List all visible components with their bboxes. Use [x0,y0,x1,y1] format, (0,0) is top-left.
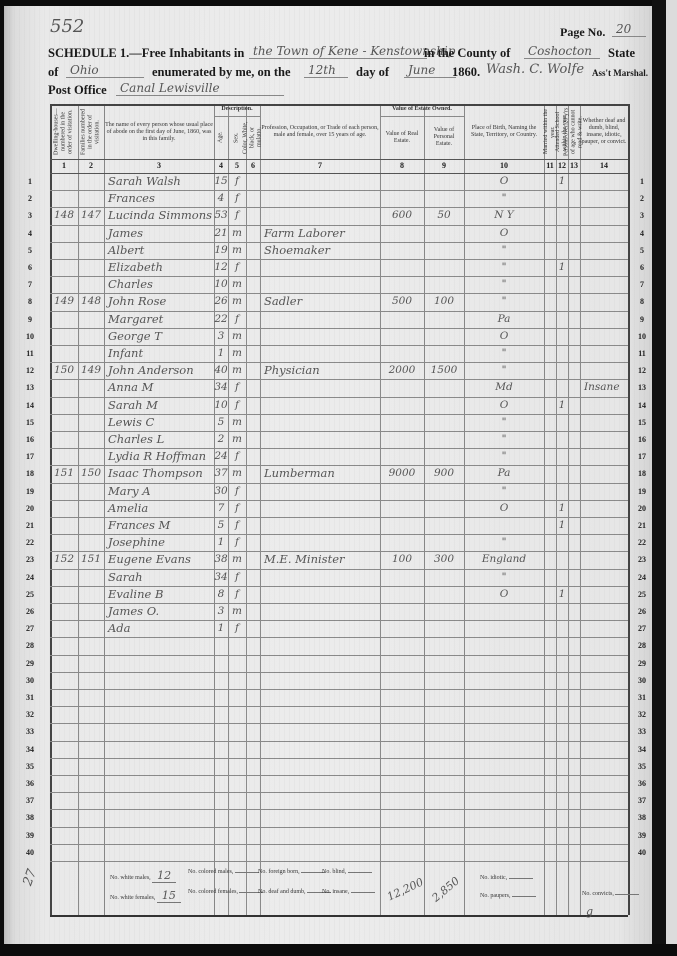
row-number-left: 7 [20,280,40,289]
row-2-name: Frances [108,192,214,205]
row-4-name: James [108,227,214,240]
row-number-left: 18 [20,469,40,478]
enumerated-label: enumerated by me, on the [152,65,291,80]
row-14-school: 1 [556,399,568,412]
row-25-age: 8 [214,588,228,601]
row-rule [50,706,628,707]
row-rule [50,655,628,656]
row-10-age: 3 [214,330,228,343]
row-6-age: 12 [214,261,228,274]
row-number-right: 25 [632,590,652,599]
row-14-age: 10 [214,399,228,412]
row-number-right: 10 [632,332,652,341]
personal-estate-total: 2,850 [430,874,462,904]
convicts-count: No. convicts, [582,891,639,897]
row-18-birth: Pa [464,467,544,480]
row-8-age: 26 [214,295,228,308]
county-label: in the County of [424,46,510,61]
paupers-count-label: No. paupers, [480,893,511,899]
row-4-sex: m [228,227,246,240]
column-rule [580,104,581,915]
row-9-name: Margaret [108,313,214,326]
row-number-right: 32 [632,710,652,719]
estate-group-header: Value of Estate Owned. [380,106,464,113]
row-11-name: Infant [108,347,214,360]
colored-females-count: No. colored females, [188,889,263,895]
schedule-label: SCHEDULE 1.—Free Inhabitants in [48,46,244,61]
of-label: of [48,65,58,80]
row-17-sex: f [228,450,246,463]
row-rule [50,689,628,690]
page-no-label: Page No. [560,25,605,40]
row-number-left: 30 [20,676,40,685]
column-rule [568,104,569,915]
row-19-sex: f [228,485,246,498]
row-13-sex: f [228,381,246,394]
row-number-right: 27 [632,624,652,633]
row-number-left: 8 [20,297,40,306]
foreign-born-count: No. foreign born, [258,869,325,875]
description-group-rule [214,116,260,117]
column-rule [78,104,79,915]
row-number-right: 8 [632,297,652,306]
row-number-right: 2 [632,194,652,203]
row-number-right: 3 [632,211,652,220]
row-3-birth: N Y [464,209,544,222]
row-13-birth: Md [464,381,544,394]
row-number-left: 39 [20,831,40,840]
row-22-sex: f [228,536,246,549]
row-23-birth: England [464,553,544,566]
row-number-right: 11 [632,349,652,358]
row-23-personal: 300 [424,553,464,566]
row-26-age: 3 [214,605,228,618]
row-number-left: 5 [20,246,40,255]
row-number-right: 30 [632,676,652,685]
table-bottom-rule [50,915,628,917]
row-18-personal: 900 [424,467,464,480]
day-of-label: day of [356,65,389,80]
row-number-right: 39 [632,831,652,840]
row-5-sex: m [228,244,246,257]
row-number-right: 13 [632,383,652,392]
row-3-age: 53 [214,209,228,222]
row-14-birth: O [464,399,544,412]
post-office-label: Post Office [48,83,107,98]
row-25-school: 1 [556,588,568,601]
row-number-left: 29 [20,659,40,668]
column-number-13: 13 [564,161,584,170]
row-number-left: 16 [20,435,40,444]
row-10-sex: m [228,330,246,343]
row-number-left: 23 [20,555,40,564]
idiotic-count-label: No. idiotic, [480,875,507,881]
row-number-left: 21 [20,521,40,530]
row-13-condition: Insane [584,381,628,394]
row-number-left: 22 [20,538,40,547]
row-number-left: 17 [20,452,40,461]
column-number-1: 1 [54,161,74,170]
row-24-birth: " [464,571,544,584]
row-22-birth: " [464,536,544,549]
post-office-field: Canal Lewisville [116,81,284,96]
row-12-personal: 1500 [424,364,464,377]
row-13-name: Anna M [108,381,214,394]
row-number-right: 5 [632,246,652,255]
deaf-dumb-count-label: No. deaf and dumb, [258,889,306,895]
row-27-name: Ada [108,622,214,635]
row-25-name: Evaline B [108,588,214,601]
row-18-name: Isaac Thompson [108,467,214,480]
row-5-name: Albert [108,244,214,257]
white-males-count-label: No. white males, [110,875,151,881]
row-12-occupation: Physician [264,364,380,377]
row-20-age: 7 [214,502,228,515]
scan-right-margin [666,0,677,956]
row-10-birth: O [464,330,544,343]
row-1-school: 1 [556,175,568,188]
row-number-left: 2 [20,194,40,203]
row-rule [50,620,628,621]
column-rule [424,104,425,915]
row-number-right: 17 [632,452,652,461]
margin-note: 27 [21,868,39,888]
column-header-13: Persons over 20 y'rs of age who cannot r… [569,107,579,157]
row-18-occupation: Lumberman [264,467,380,480]
row-rule [50,672,628,673]
row-number-left: 11 [20,349,40,358]
row-4-occupation: Farm Laborer [264,227,380,240]
row-15-birth: " [464,416,544,429]
row-number-right: 33 [632,727,652,736]
row-24-sex: f [228,571,246,584]
idiotic-count: No. idiotic, [480,875,533,881]
row-rule [50,861,628,862]
row-3-family: 147 [78,209,104,222]
page-no-field: 20 [612,22,646,37]
row-23-occupation: M.E. Minister [264,553,380,566]
row-17-birth: " [464,450,544,463]
column-header-2: Families numbered in the order of visita… [79,107,103,157]
row-11-birth: " [464,347,544,360]
column-rule [104,104,105,915]
row-number-right: 12 [632,366,652,375]
row-12-age: 40 [214,364,228,377]
row-18-family: 150 [78,467,104,480]
row-19-age: 30 [214,485,228,498]
township-field: the Town of Kene - Kenstownship [249,44,427,59]
row-number-left: 33 [20,727,40,736]
row-2-sex: f [228,192,246,205]
column-rule [544,104,545,915]
deaf-dumb-count: No. deaf and dumb, [258,889,331,895]
row-5-age: 19 [214,244,228,257]
row-number-right: 7 [632,280,652,289]
row-18-age: 37 [214,467,228,480]
row-16-name: Charles L [108,433,214,446]
row-3-dwelling: 148 [50,209,78,222]
row-number-left: 10 [20,332,40,341]
row-number-right: 35 [632,762,652,771]
row-18-dwelling: 151 [50,467,78,480]
blind-count: No. blind, [322,869,372,875]
row-14-sex: f [228,399,246,412]
column-header-8: Value of Real Estate. [381,118,423,157]
row-20-name: Amelia [108,502,214,515]
row-19-birth: " [464,485,544,498]
white-males-count: No. white males, 12 [110,869,176,883]
column-number-9: 9 [434,161,454,170]
convicts-count-label: No. convicts, [582,891,614,897]
table-top-rule [50,104,628,106]
row-17-age: 24 [214,450,228,463]
row-3-personal: 50 [424,209,464,222]
row-rule [50,758,628,759]
row-6-birth: " [464,261,544,274]
row-26-sex: m [228,605,246,618]
row-number-right: 18 [632,469,652,478]
row-9-age: 22 [214,313,228,326]
row-16-birth: " [464,433,544,446]
column-number-14: 14 [594,161,614,170]
column-number-7: 7 [310,161,330,170]
row-27-sex: f [228,622,246,635]
row-number-right: 9 [632,315,652,324]
row-number-right: 40 [632,848,652,857]
row-6-school: 1 [556,261,568,274]
column-rule [380,104,381,915]
row-number-left: 19 [20,487,40,496]
scan-binding-edge [652,0,666,956]
row-number-left: 9 [20,315,40,324]
row-23-age: 38 [214,553,228,566]
census-page: 552 SCHEDULE 1.—Free Inhabitants in the … [4,6,652,950]
white-females-count-value: 15 [157,889,181,903]
row-7-birth: " [464,278,544,291]
row-12-family: 149 [78,364,104,377]
row-11-age: 1 [214,347,228,360]
row-22-name: Josephine [108,536,214,549]
row-23-real: 100 [380,553,424,566]
column-header-6: Color, White, black, or mulatto. [247,118,259,157]
row-12-birth: " [464,364,544,377]
row-12-name: John Anderson [108,364,214,377]
row-13-age: 34 [214,381,228,394]
row-23-name: Eugene Evans [108,553,214,566]
column-rule [50,104,52,915]
row-number-right: 14 [632,401,652,410]
row-number-left: 20 [20,504,40,513]
row-11-sex: m [228,347,246,360]
row-27-age: 1 [214,622,228,635]
row-15-sex: m [228,416,246,429]
row-number-left: 27 [20,624,40,633]
row-number-left: 1 [20,177,40,186]
row-rule [50,723,628,724]
row-rule [50,637,628,638]
colored-males-count: No. colored males, [188,869,259,875]
row-8-birth: " [464,295,544,308]
row-9-sex: f [228,313,246,326]
row-number-right: 26 [632,607,652,616]
column-header-4: Age. [215,118,227,157]
row-16-age: 2 [214,433,228,446]
colored-females-count-label: No. colored females, [188,889,238,895]
column-header-7: Profession, Occupation, or Trade of each… [261,107,379,157]
foreign-born-count-label: No. foreign born, [258,869,300,875]
row-number-right: 31 [632,693,652,702]
white-males-count-value: 12 [152,869,176,883]
row-number-left: 4 [20,229,40,238]
estate-group-rule [380,116,464,117]
row-8-family: 148 [78,295,104,308]
row-3-real: 600 [380,209,424,222]
row-21-age: 5 [214,519,228,532]
row-number-right: 28 [632,641,652,650]
row-rule [50,792,628,793]
row-number-left: 31 [20,693,40,702]
column-header-11: Married within the year. [545,107,555,157]
row-9-birth: Pa [464,313,544,326]
row-8-real: 500 [380,295,424,308]
row-number-right: 16 [632,435,652,444]
row-number-right: 6 [632,263,652,272]
column-number-3: 3 [149,161,169,170]
month-field: June [404,63,456,78]
row-6-sex: f [228,261,246,274]
row-1-age: 15 [214,175,228,188]
row-number-right: 38 [632,813,652,822]
row-number-left: 35 [20,762,40,771]
row-3-sex: f [228,209,246,222]
row-25-birth: O [464,588,544,601]
convicts-mark: g [586,905,593,918]
row-2-birth: " [464,192,544,205]
row-7-name: Charles [108,278,214,291]
row-21-school: 1 [556,519,568,532]
row-26-name: James O. [108,605,214,618]
row-22-age: 1 [214,536,228,549]
row-number-left: 3 [20,211,40,220]
row-number-right: 21 [632,521,652,530]
row-14-name: Sarah M [108,399,214,412]
scan-bottom-border [0,944,677,956]
row-number-right: 22 [632,538,652,547]
white-females-count: No. white females, 15 [110,889,181,903]
row-rule [50,809,628,810]
row-1-birth: O [464,175,544,188]
page-reference-number: 552 [50,16,84,37]
row-4-birth: O [464,227,544,240]
row-number-left: 40 [20,848,40,857]
row-7-sex: m [228,278,246,291]
row-number-right: 34 [632,745,652,754]
row-number-right: 37 [632,796,652,805]
row-1-name: Sarah Walsh [108,175,214,188]
row-8-dwelling: 149 [50,295,78,308]
row-number-left: 26 [20,607,40,616]
column-rule [260,104,261,915]
row-7-age: 10 [214,278,228,291]
marshal-signature: Wash. C. Wolfe [486,62,584,77]
county-field: Coshocton [524,44,600,59]
row-21-sex: f [228,519,246,532]
row-number-right: 23 [632,555,652,564]
row-number-right: 20 [632,504,652,513]
row-12-real: 2000 [380,364,424,377]
row-number-right: 1 [632,177,652,186]
column-header-1: Dwelling-houses—numbered in the order of… [51,107,77,157]
insane-count: No. insane, [322,889,375,895]
row-24-name: Sarah [108,571,214,584]
column-rule [628,104,630,915]
row-number-right: 36 [632,779,652,788]
row-number-right: 15 [632,418,652,427]
paupers-count: No. paupers, [480,893,536,899]
row-number-left: 34 [20,745,40,754]
row-number-left: 6 [20,263,40,272]
row-rule [50,844,628,845]
row-number-left: 14 [20,401,40,410]
row-1-sex: f [228,175,246,188]
row-number-left: 12 [20,366,40,375]
white-females-count-label: No. white females, [110,895,155,901]
row-number-left: 24 [20,573,40,582]
row-18-real: 9000 [380,467,424,480]
row-10-name: George T [108,330,214,343]
row-21-name: Frances M [108,519,214,532]
year-label: 1860. [452,65,480,80]
row-8-sex: m [228,295,246,308]
census-table: Description.Value of Estate Owned.Dwelli… [50,104,646,884]
row-number-right: 29 [632,659,652,668]
column-header-3: The name of every person whose usual pla… [105,107,213,157]
row-number-left: 28 [20,641,40,650]
row-8-occupation: Sadler [264,295,380,308]
row-3-name: Lucinda Simmons [108,209,214,222]
real-estate-total: 12,200 [385,875,425,903]
row-25-sex: f [228,588,246,601]
description-group-header: Description. [214,106,260,113]
row-5-occupation: Shoemaker [264,244,380,257]
row-number-right: 4 [632,229,652,238]
row-19-name: Mary A [108,485,214,498]
column-rule [246,104,247,915]
row-8-personal: 100 [424,295,464,308]
row-23-sex: m [228,553,246,566]
row-rule [50,741,628,742]
row-23-dwelling: 152 [50,553,78,566]
column-number-8: 8 [392,161,412,170]
state-label: State [608,46,635,61]
row-24-age: 34 [214,571,228,584]
row-12-sex: m [228,364,246,377]
row-rule [50,775,628,776]
row-15-name: Lewis C [108,416,214,429]
row-8-name: John Rose [108,295,214,308]
row-4-age: 21 [214,227,228,240]
blind-count-label: No. blind, [322,869,346,875]
row-12-dwelling: 150 [50,364,78,377]
column-number-10: 10 [494,161,514,170]
row-number-left: 32 [20,710,40,719]
day-field: 12th [304,63,348,78]
row-number-left: 15 [20,418,40,427]
row-number-left: 13 [20,383,40,392]
row-number-left: 38 [20,813,40,822]
column-number-2: 2 [81,161,101,170]
row-18-sex: m [228,467,246,480]
